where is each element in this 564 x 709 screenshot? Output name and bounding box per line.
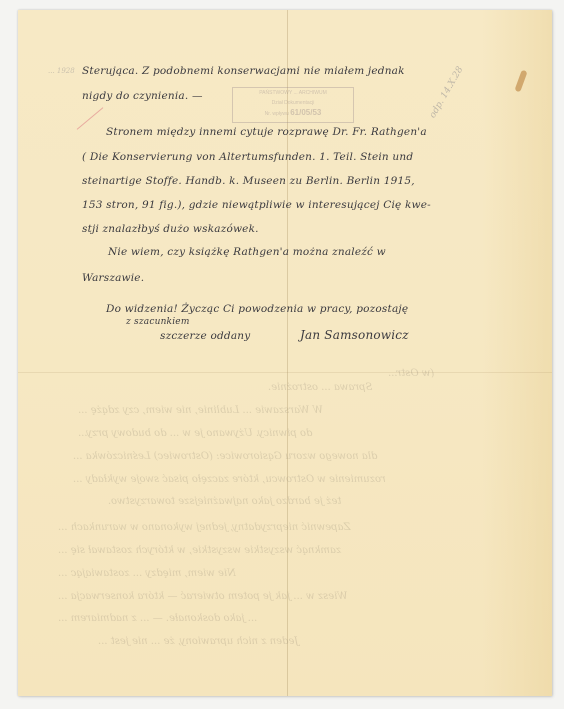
horizontal-fold-line bbox=[18, 372, 552, 373]
bleed-line: ... jako doskonałe. — ... z nadmiarem ..… bbox=[58, 613, 257, 624]
letter-line-2: nigdy do czynienia. — bbox=[82, 90, 203, 102]
edge-discoloration bbox=[482, 10, 552, 696]
letter-page: (w Ostr... Sprawa ... ostrożnie. W Warsz… bbox=[18, 10, 552, 696]
bleed-line: (w Ostr... bbox=[388, 368, 434, 379]
closing-line: Do widzenia! Życząc Ci powodzenia w prac… bbox=[106, 303, 408, 315]
bleed-line: Sprawa ... ostrożnie. bbox=[268, 382, 372, 393]
letter-line-7: stji znalazłbyś dużo wskazówek. bbox=[82, 223, 259, 235]
bleed-line: zamknąć wszystkie wszystkie, w których z… bbox=[58, 545, 341, 556]
bleed-line: też je bardzo jako najważniejsze towarzy… bbox=[108, 496, 341, 507]
signature: Jan Samsonowicz bbox=[300, 328, 409, 342]
bleed-line: Nie wiem, między ... zostawiając ... bbox=[58, 568, 236, 579]
bleed-line: Zapewnić nieprzydatny, jednej wykonano w… bbox=[58, 522, 350, 533]
closing-oddany: szczerze oddany bbox=[160, 330, 250, 342]
letter-line-6: 153 stron, 91 fig.), gdzie niewątpliwie … bbox=[82, 199, 431, 211]
pencil-note-right: odp. 14.X.28 bbox=[428, 65, 466, 120]
pencil-note-left: ... 1928 bbox=[48, 67, 75, 75]
bleed-line: Jeden z nich uprawiony, że ... nie jest … bbox=[98, 636, 298, 647]
letter-line-3: Stronem między innemi cytuje rozprawę Dr… bbox=[106, 126, 427, 138]
stamp-line-2: Dział Dokumentacji bbox=[233, 98, 353, 108]
archive-stamp: PAŃSTWOWY ... ARCHIWUM Dział Dokumentacj… bbox=[232, 87, 354, 123]
red-pencil-mark bbox=[77, 107, 104, 130]
letter-line-4: ( Die Konservierung von Altertumsfunden.… bbox=[82, 151, 413, 163]
stamp-number: 61/05/53 bbox=[290, 108, 321, 117]
bleed-line: dla nowego wzoru Gąsiorowice: (Ostrowiec… bbox=[73, 451, 377, 462]
letter-line-1: Sterująca. Z podobnemi konserwacjami nie… bbox=[82, 65, 405, 77]
letter-line-5: steinartige Stoffe. Handb. k. Museen zu … bbox=[82, 175, 415, 187]
closing-insert: z szacunkiem bbox=[126, 317, 190, 327]
bleed-line: rozumienie w Ostrowcu, które zaczęło pis… bbox=[73, 474, 386, 485]
bleed-line: Wiesz w ... jak je potem otwierać — któr… bbox=[58, 591, 347, 602]
bleed-line: do piwnicy. Używano je w ... do budowy p… bbox=[78, 428, 312, 439]
letter-line-9: Warszawie. bbox=[82, 272, 144, 284]
stamp-line-1: PAŃSTWOWY ... ARCHIWUM bbox=[233, 88, 353, 98]
bleed-line: W Warszawie ... Lublinie, nie wiem, czy … bbox=[78, 405, 323, 416]
letter-line-8: Nie wiem, czy książkę Rathgen'a można zn… bbox=[108, 246, 386, 258]
stamp-line-3: Nr. wpływu 61/05/53 bbox=[233, 108, 353, 119]
